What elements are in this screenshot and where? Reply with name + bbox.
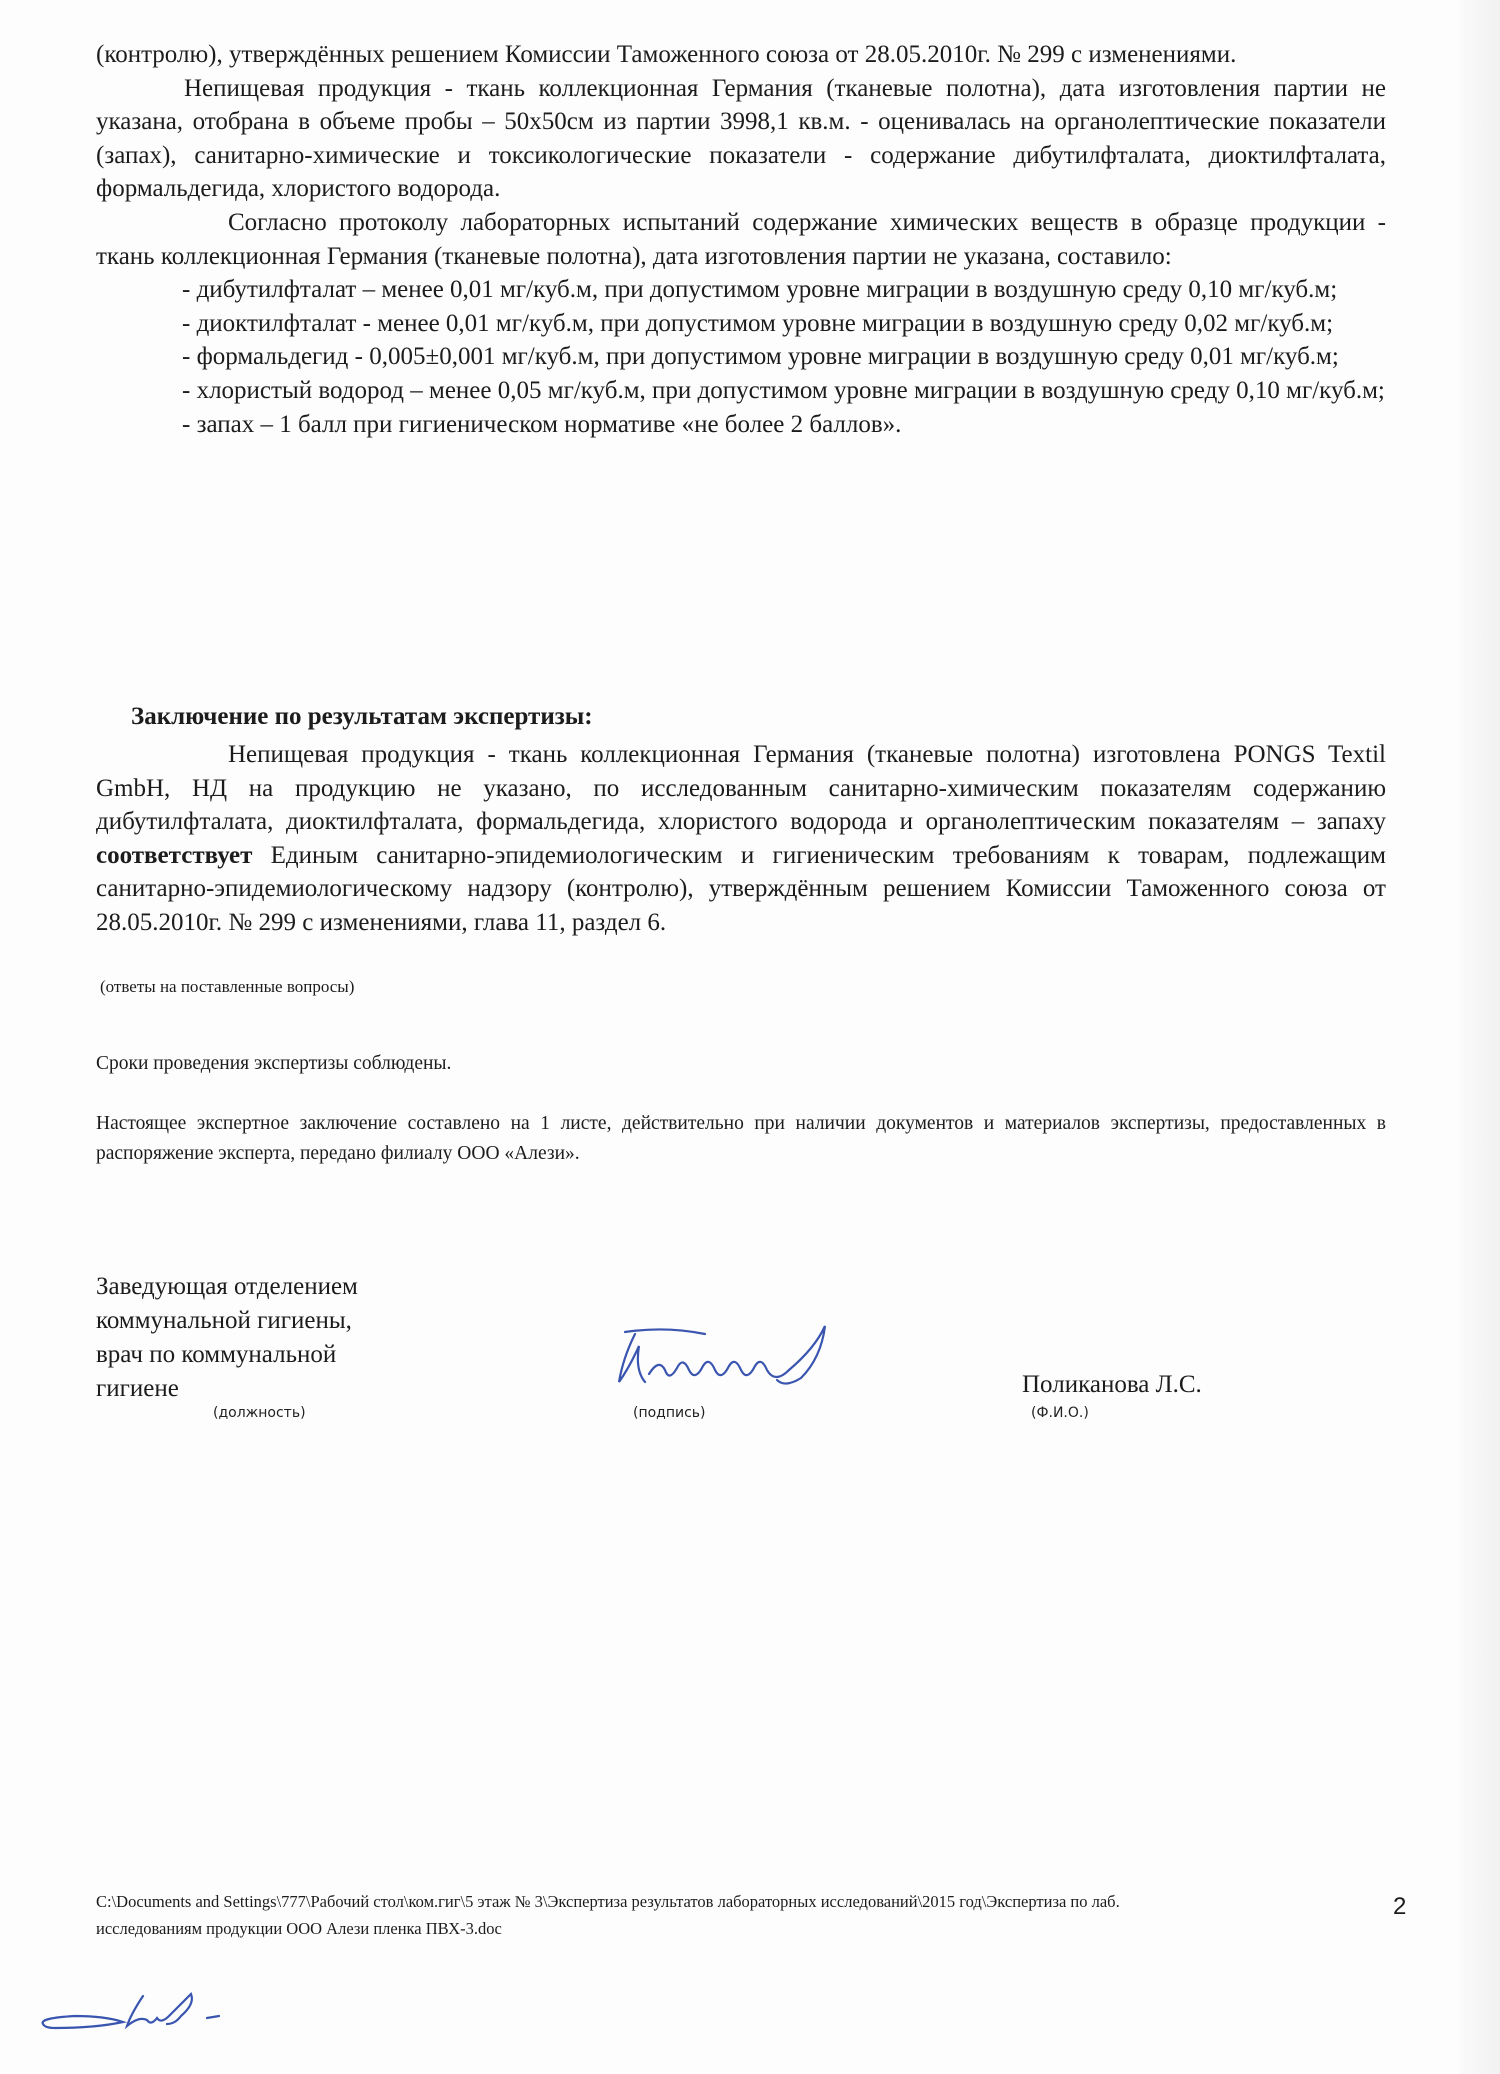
result-item: - хлористый водород – менее 0,05 мг/куб.… [96,374,1386,408]
conclusion-text-end: Единым санитарно-эпидемиологическим и ги… [96,842,1386,936]
caption-position: (должность) [213,1405,306,1421]
footer-path-line: C:\Documents and Settings\777\Рабочий ст… [96,1888,1346,1915]
conclusion-paragraph: Непищевая продукция - ткань коллекционна… [96,738,1386,940]
caption-name: (Ф.И.О.) [1031,1405,1089,1421]
footer-path-line: исследованиям продукции ООО Алези пленка… [96,1915,1346,1942]
deadline-statement: Сроки проведения экспертизы соблюдены. [96,1053,451,1075]
page-number: 2 [1393,1893,1406,1921]
footer-file-path: C:\Documents and Settings\777\Рабочий ст… [96,1888,1346,1942]
signer-name: Поликанова Л.С. [1022,1371,1202,1399]
scan-edge [1460,0,1500,2074]
result-item: - дибутилфталат – менее 0,01 мг/куб.м, п… [96,273,1386,307]
result-item: - диоктилфталат - менее 0,01 мг/куб.м, п… [96,307,1386,341]
result-item: - запах – 1 балл при гигиеническом норма… [96,408,1386,442]
closing-statement: Настоящее экспертное заключение составле… [96,1109,1386,1169]
initials-signature-icon [35,1990,235,2040]
signer-position: Заведующая отделением коммунальной гигие… [96,1270,358,1406]
result-item: - формальдегид - 0,005±0,001 мг/куб.м, п… [96,340,1386,374]
conclusion-note: (ответы на поставленные вопросы) [100,977,354,997]
conclusion-text: Непищевая продукция - ткань коллекционна… [96,741,1386,835]
conclusion-body: Непищевая продукция - ткань коллекционна… [96,738,1386,940]
paragraph-continuation: (контролю), утверждённых решением Комисс… [96,38,1386,72]
position-line: коммунальной гигиены, [96,1304,358,1338]
caption-signature: (подпись) [633,1405,706,1421]
document-body: (контролю), утверждённых решением Комисс… [96,38,1386,441]
paragraph-sample-description: Непищевая продукция - ткань коллекционна… [96,72,1386,206]
results-list: - дибутилфталат – менее 0,01 мг/куб.м, п… [96,273,1386,441]
position-line: гигиене [96,1372,358,1406]
position-line: Заведующая отделением [96,1270,358,1304]
conclusion-verdict: соответствует [96,842,252,869]
handwritten-signature-icon [605,1318,905,1398]
paragraph-lab-protocol: Согласно протоколу лабораторных испытани… [96,206,1386,273]
conclusion-heading: Заключение по результатам экспертизы: [131,703,593,731]
position-line: врач по коммунальной [96,1338,358,1372]
